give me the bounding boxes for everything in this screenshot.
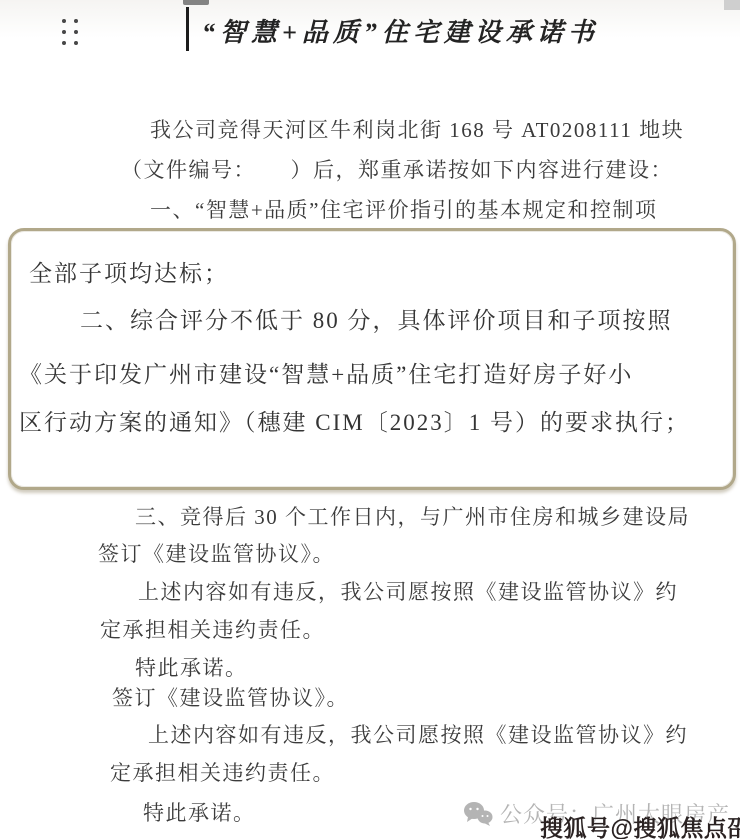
wechat-bubbles-icon bbox=[463, 801, 493, 827]
intro-line-2: （文件编号： ）后，郑重承诺按如下内容进行建设： bbox=[121, 154, 673, 184]
body-line-7: 上述内容如有违反，我公司愿按照《建设监管协议》约 bbox=[148, 719, 688, 749]
title-accent-bar bbox=[186, 7, 189, 51]
highlight-line-1: 全部子项均达标； bbox=[29, 255, 229, 288]
body-line-5: 特此承诺。 bbox=[135, 652, 248, 682]
intro-line-3: 一、“智慧+品质”住宅评价指引的基本规定和控制项 bbox=[150, 194, 657, 224]
body-line-6: 签订《建设监管协议》。 bbox=[112, 682, 349, 712]
scanned-document-page: “智慧+品质”住宅建设承诺书 我公司竞得天河区牛利岗北街 168 号 AT020… bbox=[0, 0, 740, 839]
body-line-3: 上述内容如有违反，我公司愿按照《建设监管协议》约 bbox=[138, 576, 678, 606]
highlight-line-2: 二、综合评分不低于 80 分，具体评价项目和子项按照 bbox=[80, 302, 673, 335]
highlight-line-4: 区行动方案的通知》（穗建 CIM〔2023〕1 号）的要求执行； bbox=[19, 404, 690, 437]
body-line-2: 签订《建设监管协议》。 bbox=[98, 538, 335, 568]
intro-line-1: 我公司竞得天河区牛利岗北街 168 号 AT0208111 地块 bbox=[150, 114, 684, 144]
body-line-1: 三、竞得后 30 个工作日内，与广州市住房和城乡建设局 bbox=[135, 501, 690, 531]
body-line-4: 定承担相关违约责任。 bbox=[100, 614, 325, 644]
scan-artifact bbox=[183, 0, 209, 5]
scan-artifact bbox=[724, 0, 740, 10]
document-title: “智慧+品质”住宅建设承诺书 bbox=[202, 12, 599, 49]
highlight-box: 全部子项均达标； 二、综合评分不低于 80 分，具体评价项目和子项按照 《关于印… bbox=[8, 228, 736, 490]
body-line-9: 特此承诺。 bbox=[143, 797, 256, 827]
highlight-line-3: 《关于印发广州市建设“智慧+品质”住宅打造好房子好小 bbox=[19, 356, 633, 389]
drag-handle-icon[interactable] bbox=[62, 19, 78, 45]
body-line-8: 定承担相关违约责任。 bbox=[110, 757, 335, 787]
sohu-watermark: 搜狐号@搜狐焦点邵阳站 bbox=[540, 810, 740, 839]
